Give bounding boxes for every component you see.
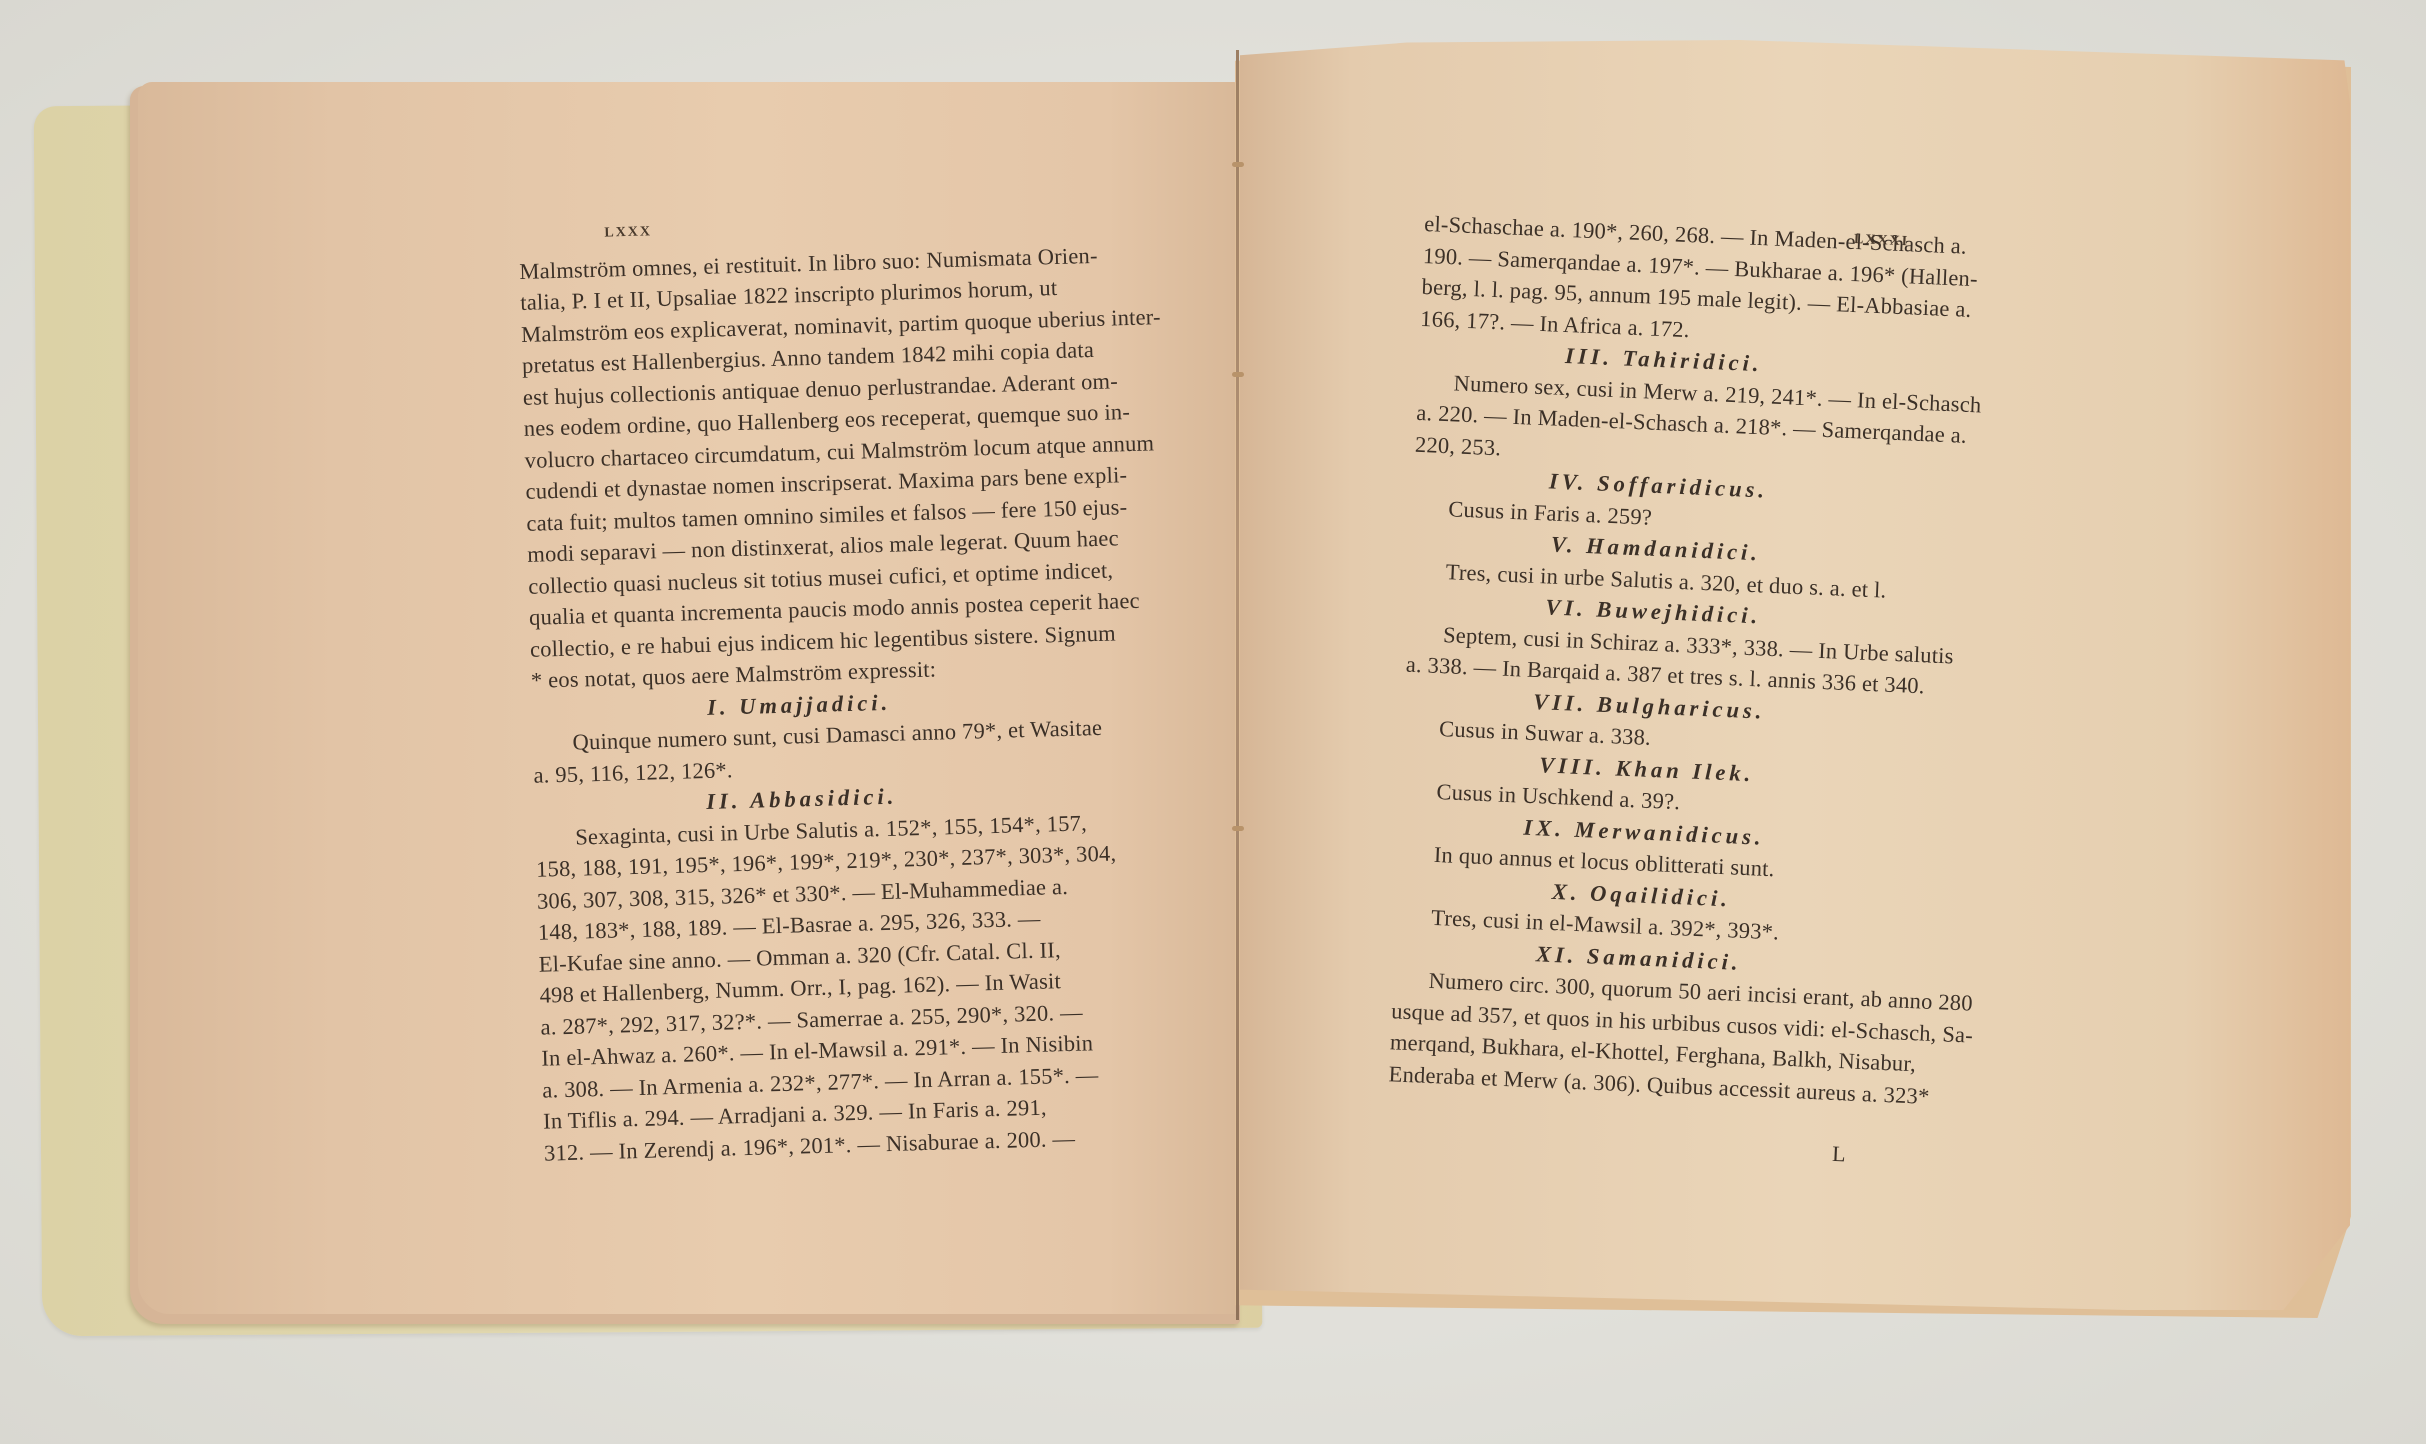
binding-stitch: [1232, 372, 1244, 377]
binding-stitch: [1232, 826, 1244, 831]
folio-right: LXXXI: [1853, 224, 1909, 258]
binding-stitch: [1232, 162, 1244, 167]
book-spine: [1236, 50, 1239, 1320]
right-page-text: LXXXI el-Schaschae a. 190*, 260, 268. — …: [1385, 208, 1914, 1171]
left-page-text: LXXX Malmström omnes, ei restituit. In l…: [518, 205, 1079, 1169]
